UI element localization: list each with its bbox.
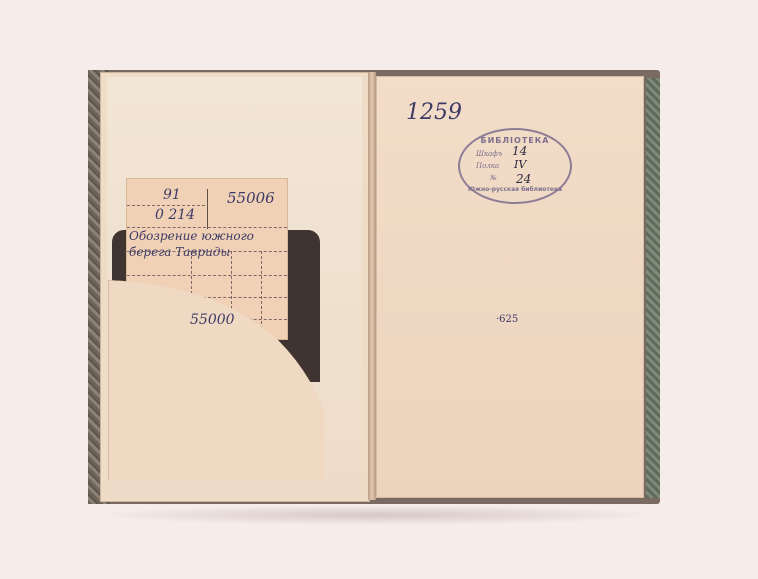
library-stamp: БИБЛІОТЕКА Шкафъ Полка № 14 IV 24 Южно-р…: [458, 128, 572, 204]
card-column: [261, 251, 262, 339]
card-rule: [127, 205, 205, 206]
shelf-bottom: 0 214: [155, 207, 195, 223]
title-line-1: Обозрение южного: [129, 229, 254, 243]
pocket-number: 55000: [190, 312, 235, 328]
handwritten-number: 1259: [406, 100, 462, 125]
inventory-number: 55006: [227, 189, 275, 207]
book-shadow: [92, 505, 662, 525]
stamp-field-1-label: Шкафъ: [476, 150, 503, 158]
shelf-top: 91: [163, 187, 181, 203]
stamp-field-1-value: 14: [512, 144, 527, 158]
stamp-field-2-label: Полка: [476, 162, 499, 170]
page-mark: ·625: [496, 314, 518, 325]
card-divider: [207, 189, 208, 229]
marbled-cover-right: [646, 78, 660, 498]
title-line-2: берега Тавриды: [129, 245, 230, 259]
stamp-field-3-value: 24: [516, 172, 531, 186]
stamp-footer: Южно-русская библиотека: [460, 186, 570, 193]
stamp-field-3-label: №: [490, 174, 497, 182]
stamp-field-2-value: IV: [514, 158, 526, 171]
book-gutter: [368, 72, 376, 500]
card-rule: [127, 275, 287, 276]
